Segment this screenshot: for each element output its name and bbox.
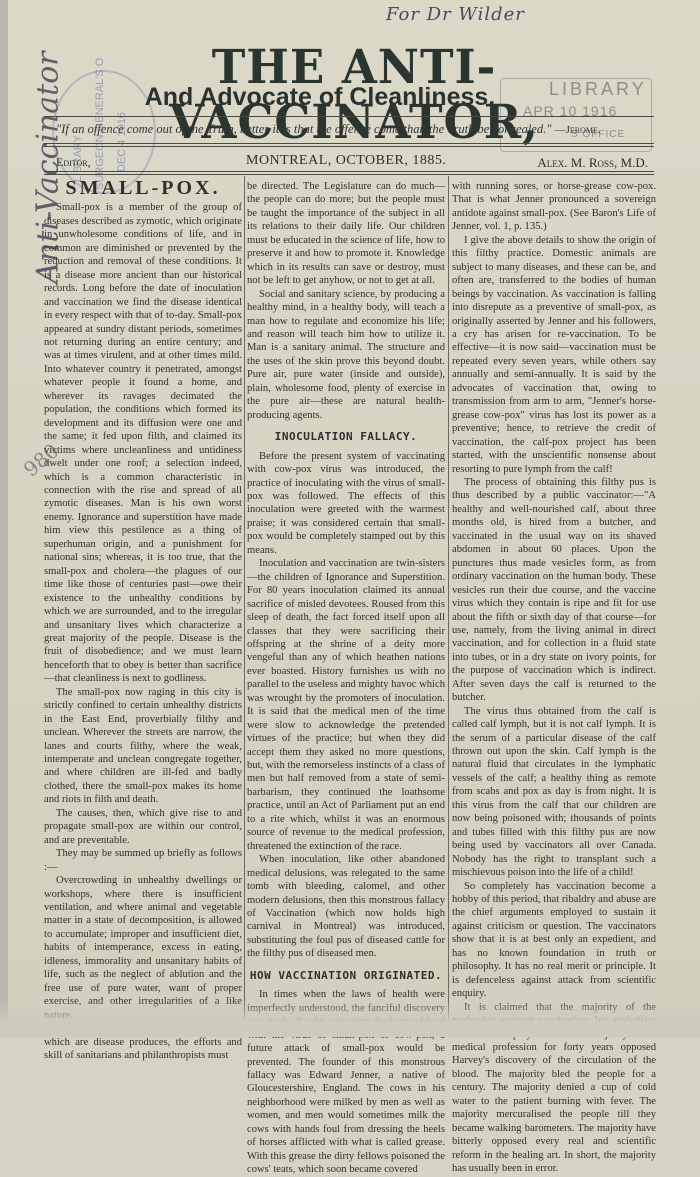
paragraph: When inoculation, like other abandoned m… (247, 853, 445, 961)
divider (44, 116, 654, 117)
column-1: SMALL-POX. Small-pox is a member of the … (44, 180, 242, 1037)
divider (44, 143, 654, 144)
paragraph: They may be summed up briefly as follows… (44, 847, 242, 874)
paragraph: The small-pox now raging in this city is… (44, 686, 242, 807)
column-divider (448, 176, 449, 1036)
handwritten-dedication: For Dr Wilder (386, 4, 525, 25)
paragraph: The process of obtaining this filthy pus… (452, 476, 656, 705)
article-heading-origin: HOW VACCINATION ORIGINATED. (247, 969, 445, 982)
paragraph: be directed. The Legislature can do much… (247, 180, 445, 288)
paragraph: Social and sanitary science, by producin… (247, 288, 445, 423)
paragraph: Inoculation and vaccination are twin-sis… (247, 557, 445, 853)
paragraph: So completely has vaccination become a h… (452, 880, 656, 1001)
stamp-right-line-1: LIBRARY (549, 79, 647, 100)
article-heading-inoculation: INOCULATION FALLACY. (247, 430, 445, 443)
paragraph: Small-pox is a member of the group of di… (44, 201, 242, 685)
newspaper-page: For Dr Wilder Anti-Vaccinator 980 LIBRAR… (0, 0, 700, 1037)
library-stamp-right: LIBRARY APR 10 1916 S OFFICE (500, 78, 652, 152)
divider (44, 146, 654, 147)
editor-label: Editor, (56, 155, 91, 170)
column-divider (244, 176, 245, 1036)
info-bar: Editor, MONTREAL, OCTOBER, 1885. Alex. M… (56, 151, 652, 171)
motto-text: "If an offence come out of the Truth, be… (56, 122, 551, 136)
paragraph: I give the above details to show the ori… (452, 234, 656, 476)
motto-attribution: —Jerome. (555, 124, 601, 136)
paragraph: Before the present system of vaccinating… (247, 450, 445, 558)
dateline: MONTREAL, OCTOBER, 1885. (246, 153, 446, 169)
paragraph: with running sores, or horse-grease cow-… (452, 180, 656, 234)
article-heading-smallpox: SMALL-POX. (44, 182, 242, 195)
divider (44, 171, 654, 172)
page-bottom (0, 1000, 700, 1037)
column-3: with running sores, or horse-grease cow-… (452, 180, 656, 1037)
paragraph: The causes, then, which give rise to and… (44, 807, 242, 847)
editor-name: Alex. M. Ross, M.D. (537, 155, 648, 171)
paragraph: The virus thus obtained from the calf is… (452, 705, 656, 880)
column-2: be directed. The Legislature can do much… (247, 180, 445, 1037)
motto: "If an offence come out of the Truth, be… (56, 122, 656, 137)
page-edge (0, 0, 8, 1037)
divider (44, 174, 654, 175)
masthead-subtitle: And Advocate of Cleanliness. (120, 83, 520, 112)
